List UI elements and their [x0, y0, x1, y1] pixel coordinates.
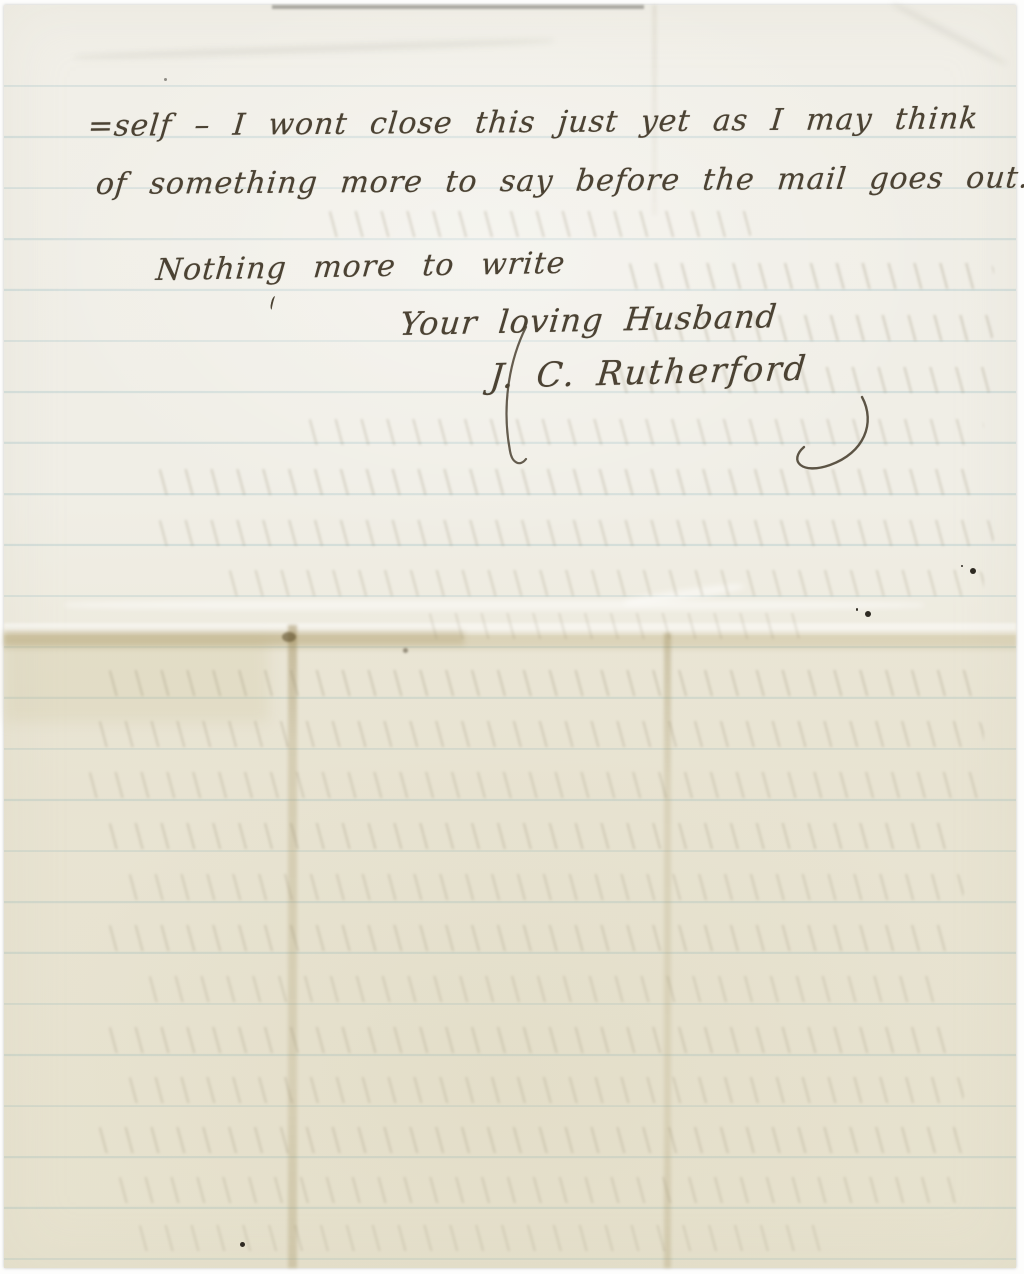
bleedthrough-writing [154, 520, 994, 546]
ink-speck [865, 611, 871, 617]
bleedthrough-writing [624, 263, 994, 289]
bleedthrough-writing [324, 211, 754, 237]
bleedthrough-writing [224, 570, 984, 596]
bleedthrough-writing [84, 772, 984, 798]
bleedthrough-writing [124, 1077, 964, 1103]
bleedthrough-writing [424, 613, 804, 639]
bleedthrough-writing [104, 1027, 964, 1053]
letter-signature: J. C. Rutherford [488, 349, 809, 397]
bleedthrough-writing [104, 823, 964, 849]
descender-flourish-icon [496, 323, 536, 473]
bleedthrough-writing [124, 874, 964, 900]
letter-paper-sheet: =self – I wont close this just yet as I … [4, 5, 1016, 1268]
ink-speck [970, 568, 976, 574]
letter-closing-line: Nothing more to write [154, 246, 567, 288]
bleedthrough-writing [104, 670, 984, 696]
top-crease [74, 37, 554, 62]
letter-body-line-2: of something more to say before the mail… [94, 160, 1024, 202]
ink-speck [240, 1242, 245, 1247]
stray-ink-mark [269, 296, 277, 311]
signature-flourish-icon [744, 395, 884, 490]
scanned-letter-page: { "letter": { "body_line1": "=self \u201… [0, 0, 1024, 1274]
bleedthrough-writing [104, 925, 964, 951]
ink-speck [164, 78, 167, 81]
crease-dark-spot [282, 632, 296, 642]
fold-highlight [64, 600, 924, 610]
ink-speck [856, 608, 858, 611]
bleedthrough-writing [94, 1127, 974, 1153]
scan-edge-shadow [272, 5, 644, 9]
corner-crease [890, 0, 1008, 67]
letter-valediction: Your loving Husband [398, 297, 779, 343]
bleedthrough-writing [114, 1177, 964, 1203]
bleedthrough-writing [144, 976, 944, 1002]
crease-dark-spot [403, 648, 408, 653]
bleedthrough-writing [134, 1225, 834, 1251]
horizontal-fold-stain-dark [4, 631, 464, 645]
bleedthrough-writing [94, 721, 984, 747]
ink-speck [961, 565, 963, 567]
letter-body-line-1: =self – I wont close this just yet as I … [86, 101, 980, 144]
